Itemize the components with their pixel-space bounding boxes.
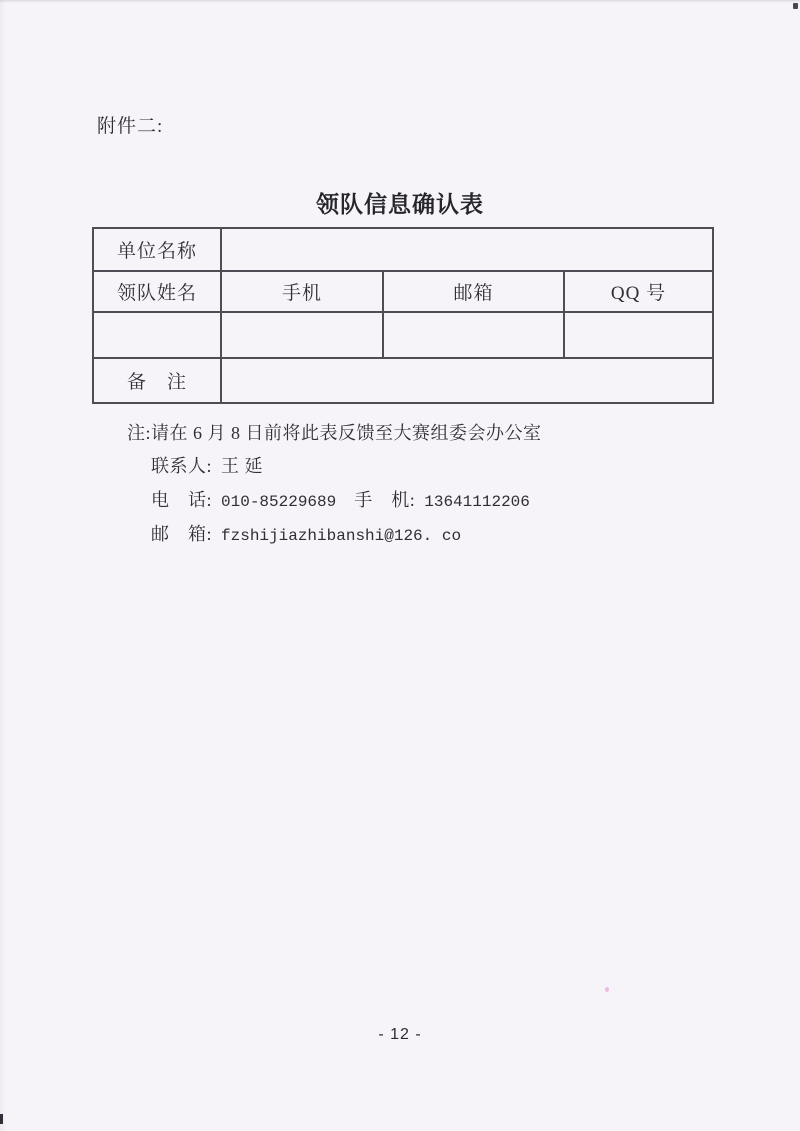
table-row-unit: 单位名称 xyxy=(93,228,713,271)
phone-line: 电 话:010-85229689手 机:13641112206 xyxy=(151,486,530,512)
attachment-label: 附件二: xyxy=(97,111,163,138)
scan-artifact-top-right xyxy=(793,3,798,9)
note-deadline-line: 注:请在 6 月 8 日前将此表反馈至大赛组委会办公室 xyxy=(127,419,542,445)
mobile-label: 手 机: xyxy=(354,490,415,510)
leader-info-table: 单位名称 领队姓名 手机 邮箱 QQ 号 备 注 xyxy=(92,227,714,404)
scan-edge-shadow-left xyxy=(0,0,6,1131)
header-cell-email: 邮箱 xyxy=(383,271,564,312)
header-cell-mobile: 手机 xyxy=(221,271,383,312)
table-row-headers: 领队姓名 手机 邮箱 QQ 号 xyxy=(93,271,713,312)
entry-cell-leader-name xyxy=(93,312,221,358)
document-title: 领队信息确认表 xyxy=(0,186,800,219)
phone-number: 010-85229689 xyxy=(221,493,336,511)
table-row-remarks: 备 注 xyxy=(93,358,713,403)
page-number: - 12 - xyxy=(0,1026,800,1044)
mobile-number: 13641112206 xyxy=(424,493,530,511)
contact-name: 王 延 xyxy=(221,456,263,476)
scan-artifact-pink-speck xyxy=(605,987,609,992)
entry-cell-email xyxy=(383,312,564,358)
unit-name-value-cell xyxy=(221,228,713,271)
email-label: 邮 箱: xyxy=(151,524,212,544)
scan-artifact-bottom-left xyxy=(0,1114,3,1124)
unit-name-label-cell: 单位名称 xyxy=(93,228,221,271)
contact-label: 联系人: xyxy=(151,456,212,476)
scanned-document-page: 附件二: 领队信息确认表 单位名称 领队姓名 手机 邮箱 QQ 号 xyxy=(0,0,800,1131)
scan-edge-shadow-top xyxy=(0,0,800,3)
email-line: 邮 箱:fzshijiazhibanshi@126. co xyxy=(151,520,461,546)
remarks-label-cell: 备 注 xyxy=(93,358,221,403)
email-address: fzshijiazhibanshi@126. co xyxy=(221,527,461,545)
phone-label: 电 话: xyxy=(151,490,212,510)
remarks-value-cell xyxy=(221,358,713,403)
header-cell-leader-name: 领队姓名 xyxy=(93,271,221,312)
entry-cell-mobile xyxy=(221,312,383,358)
header-cell-qq: QQ 号 xyxy=(564,271,713,312)
contact-person-line: 联系人:王 延 xyxy=(151,452,263,478)
entry-cell-qq xyxy=(564,312,713,358)
table-row-entry xyxy=(93,312,713,358)
